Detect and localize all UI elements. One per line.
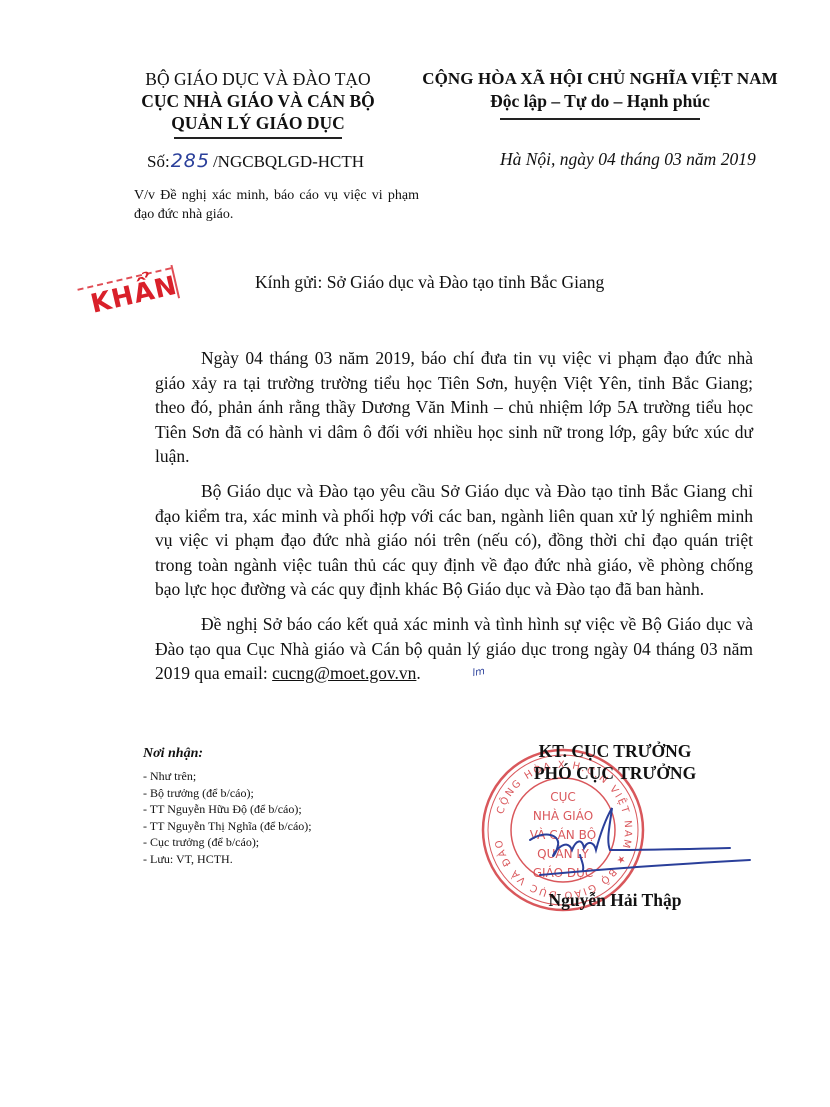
ministry-name: BỘ GIÁO DỤC VÀ ĐÀO TẠO	[108, 68, 408, 90]
email-link[interactable]: cucng@moet.gov.vn	[272, 663, 416, 683]
signature-block: KT. CỤC TRƯỞNG PHÓ CỤC TRƯỞNG Nguyễn Hải…	[500, 740, 730, 784]
issuing-agency-header: BỘ GIÁO DỤC VÀ ĐÀO TẠO CỤC NHÀ GIÁO VÀ C…	[108, 68, 408, 139]
department-name-line1: CỤC NHÀ GIÁO VÀ CÁN BỘ	[108, 90, 408, 112]
body-paragraph-1: Ngày 04 tháng 03 năm 2019, báo chí đưa t…	[155, 346, 753, 469]
signer-title-2: PHÓ CỤC TRƯỞNG	[500, 762, 730, 784]
national-motto-header: CỘNG HÒA XÃ HỘI CHỦ NGHĨA VIỆT NAM Độc l…	[405, 68, 795, 120]
urgent-stamp: KHẨN	[76, 260, 193, 328]
distribution-item: - TT Nguyễn Hữu Độ (để b/cáo);	[143, 801, 423, 818]
distribution-item: - Cục trưởng (để b/cáo);	[143, 834, 423, 851]
document-number: Số:285/NGCBQLGD-HCTH	[147, 150, 364, 172]
document-number-prefix: Số:	[147, 152, 170, 171]
handwritten-signature-icon	[510, 800, 760, 890]
letter-body: Ngày 04 tháng 03 năm 2019, báo chí đưa t…	[155, 346, 753, 700]
body-paragraph-3: Đề nghị Sở báo cáo kết quả xác minh và t…	[155, 612, 753, 690]
country-name: CỘNG HÒA XÃ HỘI CHỦ NGHĨA VIỆT NAM	[405, 68, 795, 90]
distribution-item: - Bộ trưởng (để b/cáo);	[143, 785, 423, 802]
body-paragraph-3-end: .	[416, 663, 420, 683]
motto-underline	[500, 118, 700, 120]
distribution-label: Nơi nhận:	[143, 746, 423, 762]
header-underline	[174, 137, 342, 139]
subject-line: V/v Đề nghị xác minh, báo cáo vụ việc vi…	[134, 186, 419, 224]
body-paragraph-2: Bộ Giáo dục và Đào tạo yêu cầu Sở Giáo d…	[155, 479, 753, 602]
distribution-list: Nơi nhận: - Như trên; - Bộ trưởng (để b/…	[143, 746, 423, 867]
signer-name: Nguyễn Hải Thập	[500, 890, 730, 911]
recipient-line: Kính gửi: Sở Giáo dục và Đào tạo tỉnh Bắ…	[255, 272, 604, 293]
issue-date: Hà Nội, ngày 04 tháng 03 năm 2019	[500, 149, 756, 170]
document-number-suffix: /NGCBQLGD-HCTH	[213, 152, 364, 171]
distribution-item: - TT Nguyễn Thị Nghĩa (để b/cáo);	[143, 818, 423, 835]
document-number-handwritten: 285	[171, 150, 210, 172]
department-name-line2: QUẢN LÝ GIÁO DỤC	[108, 112, 408, 134]
distribution-item: - Như trên;	[143, 768, 423, 785]
urgent-stamp-text: KHẨN	[88, 271, 180, 320]
signer-title-1: KT. CỤC TRƯỞNG	[500, 740, 730, 762]
distribution-item: - Lưu: VT, HCTH.	[143, 851, 423, 868]
initial-mark-icon: lm	[425, 660, 487, 694]
national-motto: Độc lập – Tự do – Hạnh phúc	[405, 90, 795, 112]
